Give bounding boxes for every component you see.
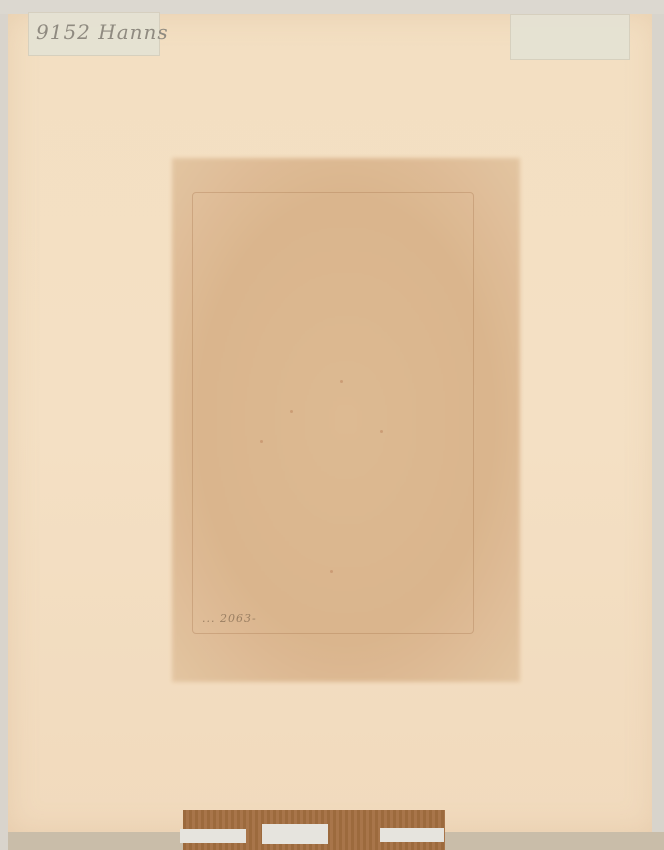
background-right bbox=[652, 14, 664, 850]
foxing-spot bbox=[330, 570, 333, 573]
tape-top-right bbox=[510, 14, 630, 60]
foxing-spot bbox=[260, 440, 263, 443]
plate-mark bbox=[192, 192, 474, 634]
pencil-inscription: 9152 Hanns bbox=[36, 20, 169, 44]
tape-bottom-1 bbox=[180, 829, 246, 843]
tape-bottom-3 bbox=[380, 828, 444, 842]
foxing-spot bbox=[340, 380, 343, 383]
plate-inscription: ... 2063- bbox=[202, 612, 257, 625]
tape-bottom-2 bbox=[262, 824, 328, 844]
foxing-spot bbox=[380, 430, 383, 433]
foxing-spot bbox=[290, 410, 293, 413]
